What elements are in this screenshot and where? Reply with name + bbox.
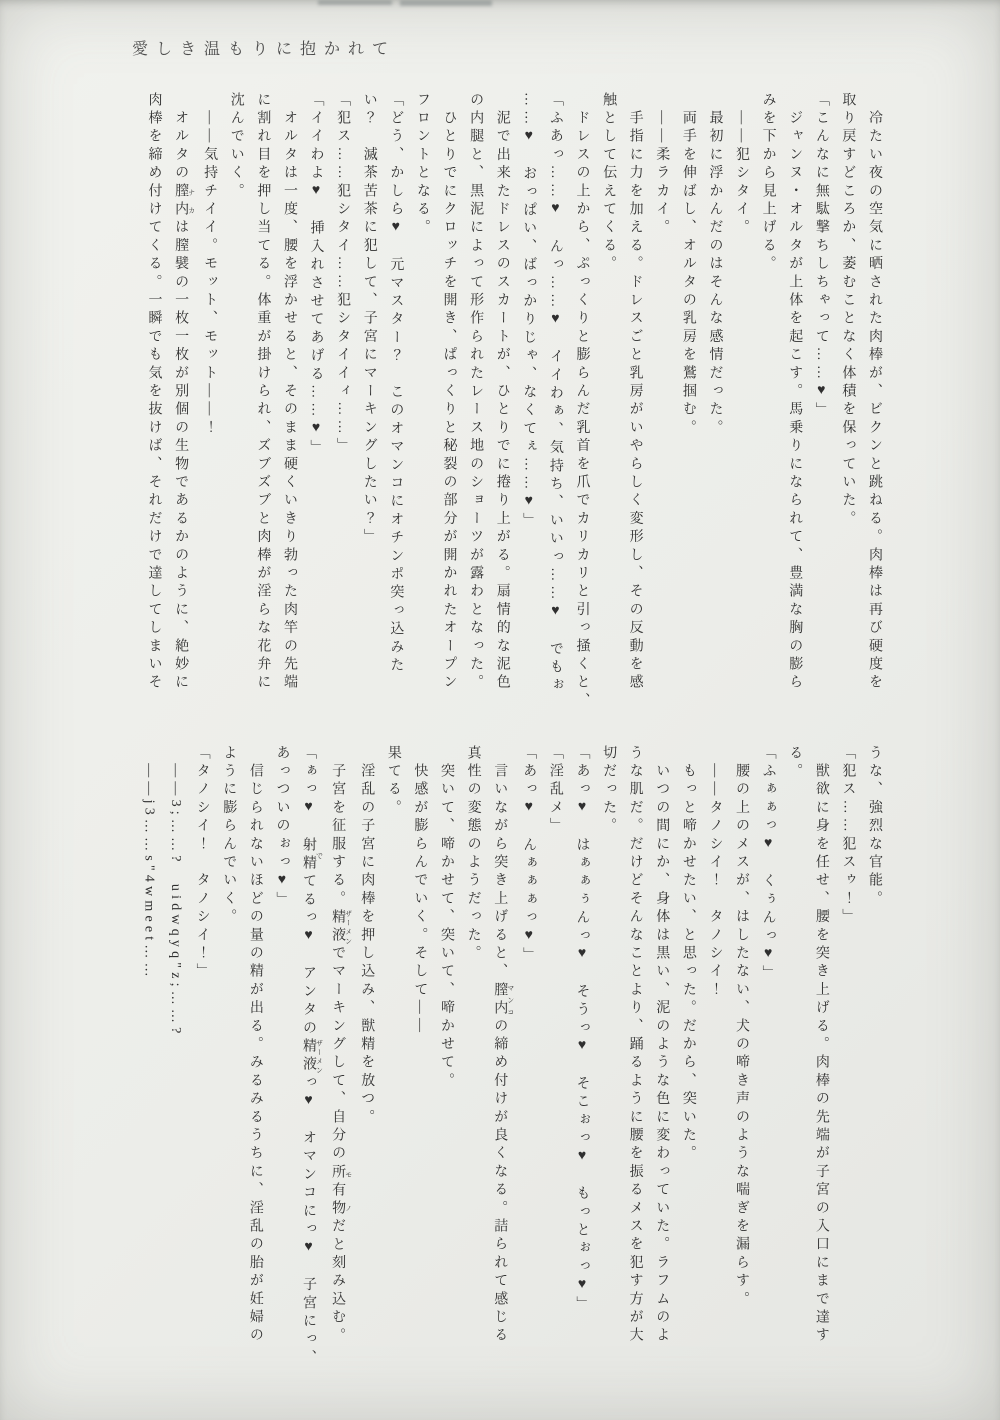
text-column: 両手を伸ばし、オルタの乳房を鷲掴む。	[674, 92, 701, 728]
text-column: ように膨らんでいく。	[215, 745, 242, 1381]
text-column: ――柔ラカイ。	[648, 92, 675, 728]
text-column: ――3;……? uidwqyq"z;……?	[161, 745, 188, 1381]
text-column: ひとりでにクロッチを開き、ぱっくりと秘裂の部分が開かれたオープン	[435, 92, 462, 728]
ruby-annotated-word: 精液ザーメン	[330, 909, 345, 945]
text-column: 突いて、啼かせて、突いて、啼かせて。	[432, 745, 459, 1381]
scan-artifact	[400, 0, 492, 6]
scanned-page: 愛しき温もりに抱かれて 冷たい夜の空気に晒された肉棒が、ビクンと跳ねる。肉棒は再…	[0, 0, 1000, 1420]
text-column: 「こんなに無駄撃ちしちゃって……♥」	[807, 92, 834, 728]
text-column: 「どう、かしら♥ 元マスター？ このオマンコにオチンポ突っ込みた	[382, 92, 409, 728]
text-column: 沈んでいく。	[222, 92, 249, 728]
text-column: あっついのぉっ♥」	[268, 745, 295, 1381]
text-column: ……♥ おっぱい、ばっかりじゃ、なくてぇ……♥」	[515, 92, 542, 728]
text-column: 「ふあっ……♥ んっ……♥ イイわぁ、気持ち、いいっ……♥ でもぉ	[541, 92, 568, 728]
text-column: 言いながら突き上げると、膣内マンコの締め付けが良くなる。詰られて感じる	[486, 745, 515, 1381]
text-column: 「犯ス……犯シタイ……犯シタイイィ……」	[329, 92, 356, 728]
text-column: 「あっ♥ はぁぁぅんっ♥ そうっ♥ そこぉっ♥ もっとぉっ♥」	[568, 745, 595, 1381]
text-column: の内腿と、黒泥によって形作られたレース地のショーツが露わとなった。	[462, 92, 489, 728]
text-column: 切だった。	[594, 745, 621, 1381]
ruby-annotated-word: 精液ザーメン	[301, 1038, 316, 1074]
text-column: 触として伝えてくる。	[594, 92, 621, 728]
text-column: 「淫乱メ」	[541, 745, 568, 1381]
page-header-title: 愛しき温もりに抱かれて	[132, 36, 396, 59]
text-column: 「ふぁぁっ♥ くぅんっ♥」	[754, 745, 781, 1381]
text-column: ジャンヌ・オルタが上体を起こす。馬乗りになられて、豊満な胸の膨ら	[781, 92, 808, 728]
text-column: 肉棒を締め付けてくる。一瞬でも気を抜けば、それだけで達してしまいそ	[140, 92, 167, 728]
text-column: ――犯シタイ。	[727, 92, 754, 728]
ruby-annotated-word: 射精で	[301, 837, 316, 873]
text-column: うな、強烈な官能。	[860, 745, 887, 1381]
ruby-annotated-word: 膣内ナカ	[173, 183, 188, 219]
text-column: オルタの膣内ナカは膣襞の一枚一枚が別個の生物であるかのように、絶妙に	[166, 92, 195, 728]
text-column: 「ぁっ♥ 射精でてるっ♥ アンタの精液ザーメンっ♥ オマンコにっ♥ 子宮にっ、	[294, 745, 323, 1381]
text-block-top: 冷たい夜の空気に晒された肉棒が、ビクンと跳ねる。肉棒は再び硬度を取り戻すどころか…	[141, 92, 887, 728]
text-column: い？ 滅茶苦茶に犯して、子宮にマーキングしたい？」	[355, 92, 382, 728]
text-column: 腰の上のメスが、はしたない、犬の啼き声のような喘ぎを漏らす。	[727, 745, 754, 1381]
ruby-annotated-word: 所有物モノ	[330, 1164, 345, 1219]
text-column: 真性の変態のようだった。	[459, 745, 486, 1381]
text-column: 最初に浮かんだのはそんな感情だった。	[701, 92, 728, 728]
scan-artifact	[318, 0, 392, 5]
text-column: 獣欲に身を任せ、腰を突き上げる。肉棒の先端が子宮の入口にまで達す	[807, 745, 834, 1381]
text-column: ――タノシイ！ タノシイ！	[701, 745, 728, 1381]
text-column: 子宮を征服する。精液ザーメンでマーキングして、自分の所有物モノだと刻み込む。	[324, 745, 353, 1381]
text-column: 「あっ♥ んぁぁぁっ♥」	[515, 745, 542, 1381]
text-column: ――j3……s"4wmeet……	[135, 745, 162, 1381]
text-column: 「犯ス……犯スゥ！」	[834, 745, 861, 1381]
text-block-bottom: うな、強烈な官能。「犯ス……犯スゥ！」 獣欲に身を任せ、腰を突き上げる。肉棒の先…	[141, 745, 887, 1381]
text-column: に割れ目を押し当てる。体重が掛けられ、ズブズブと肉棒が淫らな花弁に	[249, 92, 276, 728]
text-column: フロントとなる。	[408, 92, 435, 728]
text-column: もっと啼かせたい、と思った。だから、突いた。	[674, 745, 701, 1381]
ruby-annotated-word: 膣内マンコ	[492, 982, 507, 1018]
text-column: る。	[781, 745, 808, 1381]
text-column: 淫乱の子宮に肉棒を押し込み、獣精を放つ。	[353, 745, 380, 1381]
text-column: 快感が膨らんでいく。そして――	[406, 745, 433, 1381]
text-column: みを下から見上げる。	[754, 92, 781, 728]
text-column: 信じられないほどの量の精が出る。みるみるうちに、淫乱の胎が妊婦の	[241, 745, 268, 1381]
text-column: オルタは一度、腰を浮かせると、そのまま硬くいきり勃った肉竿の先端	[275, 92, 302, 728]
text-column: 取り戻すどころか、萎むことなく体積を保っていた。	[834, 92, 861, 728]
text-column: 冷たい夜の空気に晒された肉棒が、ビクンと跳ねる。肉棒は再び硬度を	[860, 92, 887, 728]
text-column: 「タノシイ！ タノシイ！」	[188, 745, 215, 1381]
text-column: いつの間にか、身体は黒い、泥のような色に変わっていた。ラフムのよ	[648, 745, 675, 1381]
text-column: 手指に力を加える。ドレスごと乳房がいやらしく変形し、その反動を感	[621, 92, 648, 728]
text-column: ドレスの上から、ぷっくりと膨らんだ乳首を爪でカリカリと引っ掻くと、	[568, 92, 595, 728]
text-column: うな肌だ。だけどそんなことより、踊るように腰を振るメスを犯す方が大	[621, 745, 648, 1381]
text-column: 「イイわよ♥ 挿入れさせてあげる……♥」	[302, 92, 329, 728]
text-column: 果てる。	[379, 745, 406, 1381]
text-column: ――気持チイイ。モット、モット――！	[196, 92, 223, 728]
text-column: 泥で出来たドレスのスカートが、ひとりでに捲り上がる。扇情的な泥色	[488, 92, 515, 728]
